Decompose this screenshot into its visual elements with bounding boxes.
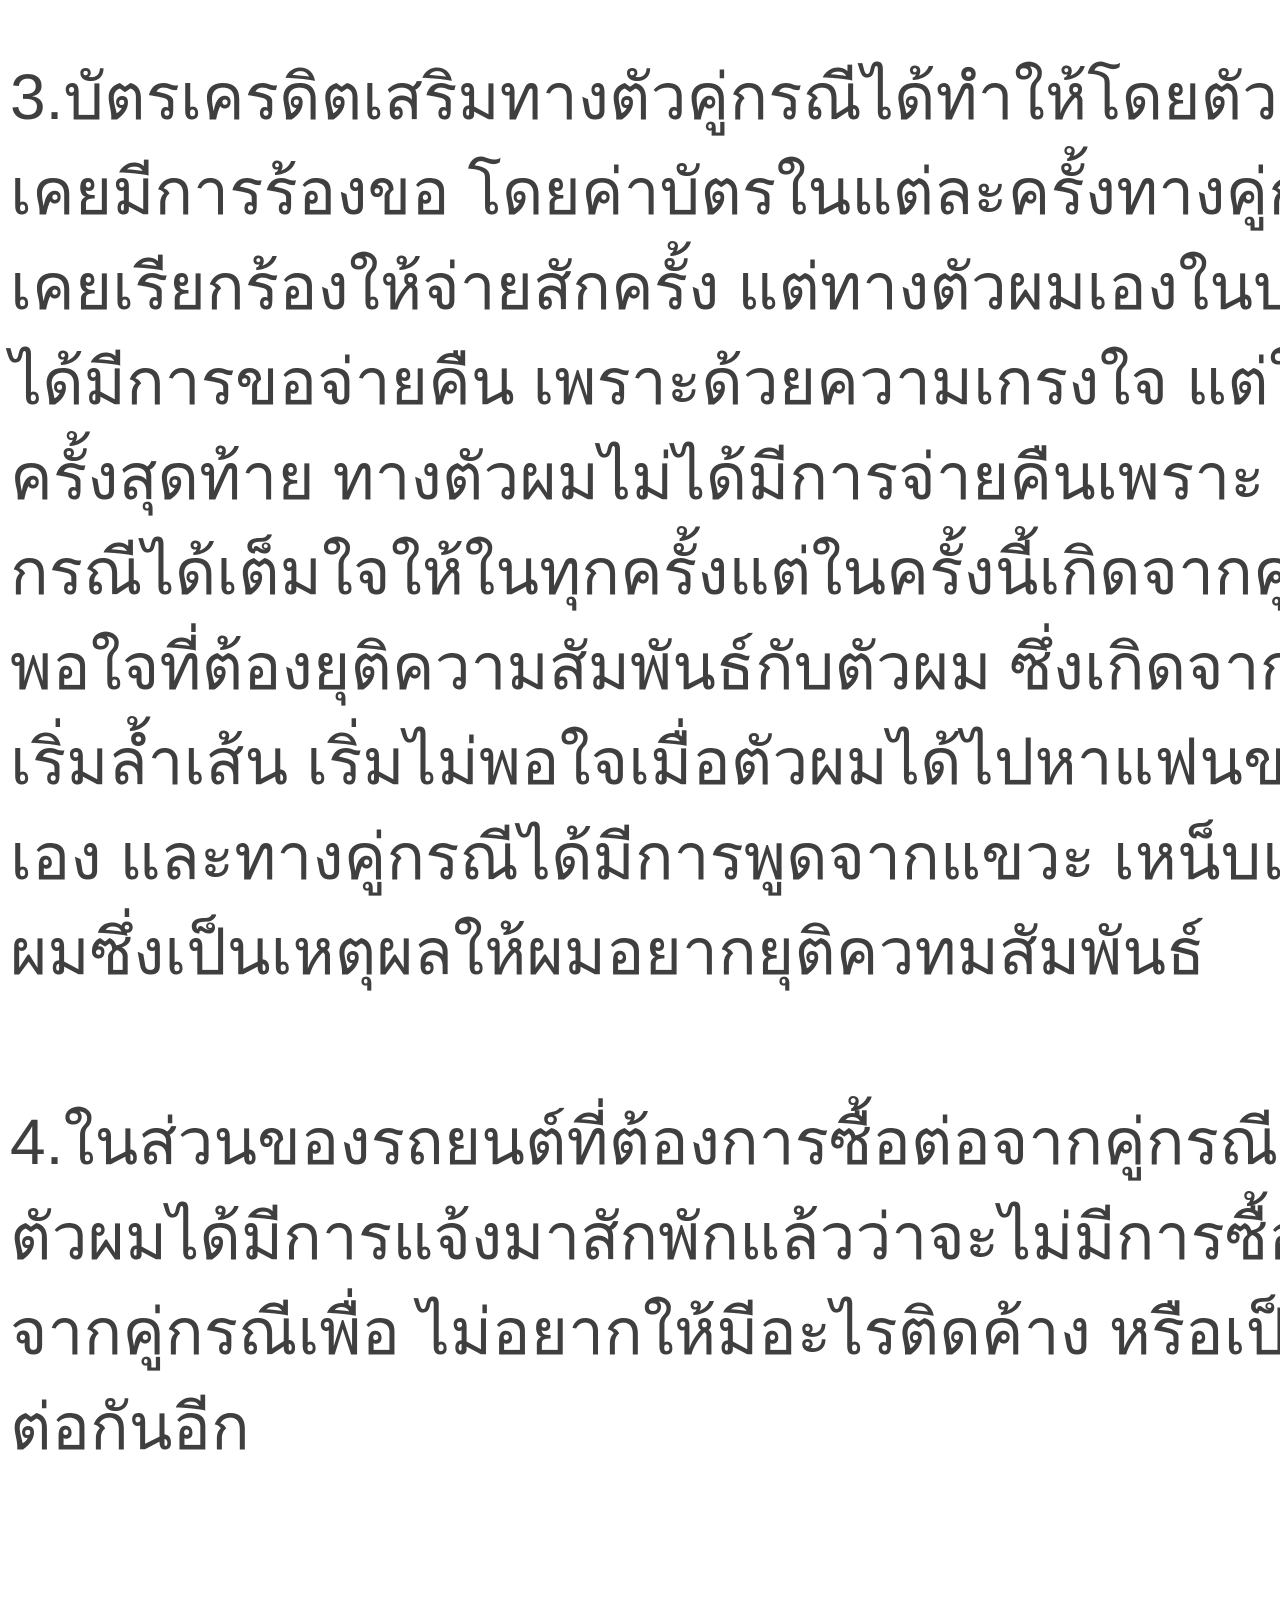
text-line: เคยเรียกร้องให้จ่ายสักครั้ง แต่ทางตัวผมเ… bbox=[10, 240, 1268, 335]
text-line: ได้มีการขอจ่ายคืน เพราะด้วยความเกรงใจ แต… bbox=[10, 335, 1268, 430]
text-line: กรณีได้เต็มใจให้ในทุกครั้งแต่ในครั้งนี้เ… bbox=[10, 525, 1268, 620]
page: { "colors": { "background": "#ffffff", "… bbox=[0, 0, 1280, 1599]
text-line: เริ่มล้ำเส้น เริ่มไม่พอใจเมื่อตัวผมได้ไป… bbox=[10, 715, 1268, 810]
text-line: พอใจที่ต้องยุติความสัมพันธ์กับตัวผม ซึ่ง… bbox=[10, 620, 1268, 715]
text-line: ผมซึ่งเป็นเหตุผลให้ผมอยากยุติควทมสัมพันธ… bbox=[10, 905, 1268, 1000]
document: 3.บัตรเครดิตเสริมทางตัวคู่กรณีได้ทำให้โด… bbox=[0, 0, 1280, 1475]
text-line: เอง และทางคู่กรณีได้มีการพูดจากแขวะ เหน็… bbox=[10, 810, 1268, 905]
paragraph-item-3: 3.บัตรเครดิตเสริมทางตัวคู่กรณีได้ทำให้โด… bbox=[10, 50, 1268, 1000]
text-line: 4.ในส่วนของรถยนต์ที่ต้องการซื้อต่อจากคู่… bbox=[10, 1095, 1268, 1190]
text-line: ครั้งสุดท้าย ทางตัวผมไม่ได้มีการจ่ายคืนเ… bbox=[10, 430, 1268, 525]
text-line: 3.บัตรเครดิตเสริมทางตัวคู่กรณีได้ทำให้โด… bbox=[10, 50, 1268, 145]
paragraph-item-4: 4.ในส่วนของรถยนต์ที่ต้องการซื้อต่อจากคู่… bbox=[10, 1095, 1268, 1475]
text-line: เคยมีการร้องขอ โดยค่าบัตรในแต่ละครั้งทาง… bbox=[10, 145, 1268, 240]
text-line: ต่อกันอีก bbox=[10, 1380, 1268, 1475]
text-line: จากคู่กรณีเพื่อ ไม่อยากให้มีอะไรติดค้าง … bbox=[10, 1285, 1268, 1380]
text-line: ตัวผมได้มีการแจ้งมาสักพักแล้วว่าจะไม่มีก… bbox=[10, 1190, 1268, 1285]
